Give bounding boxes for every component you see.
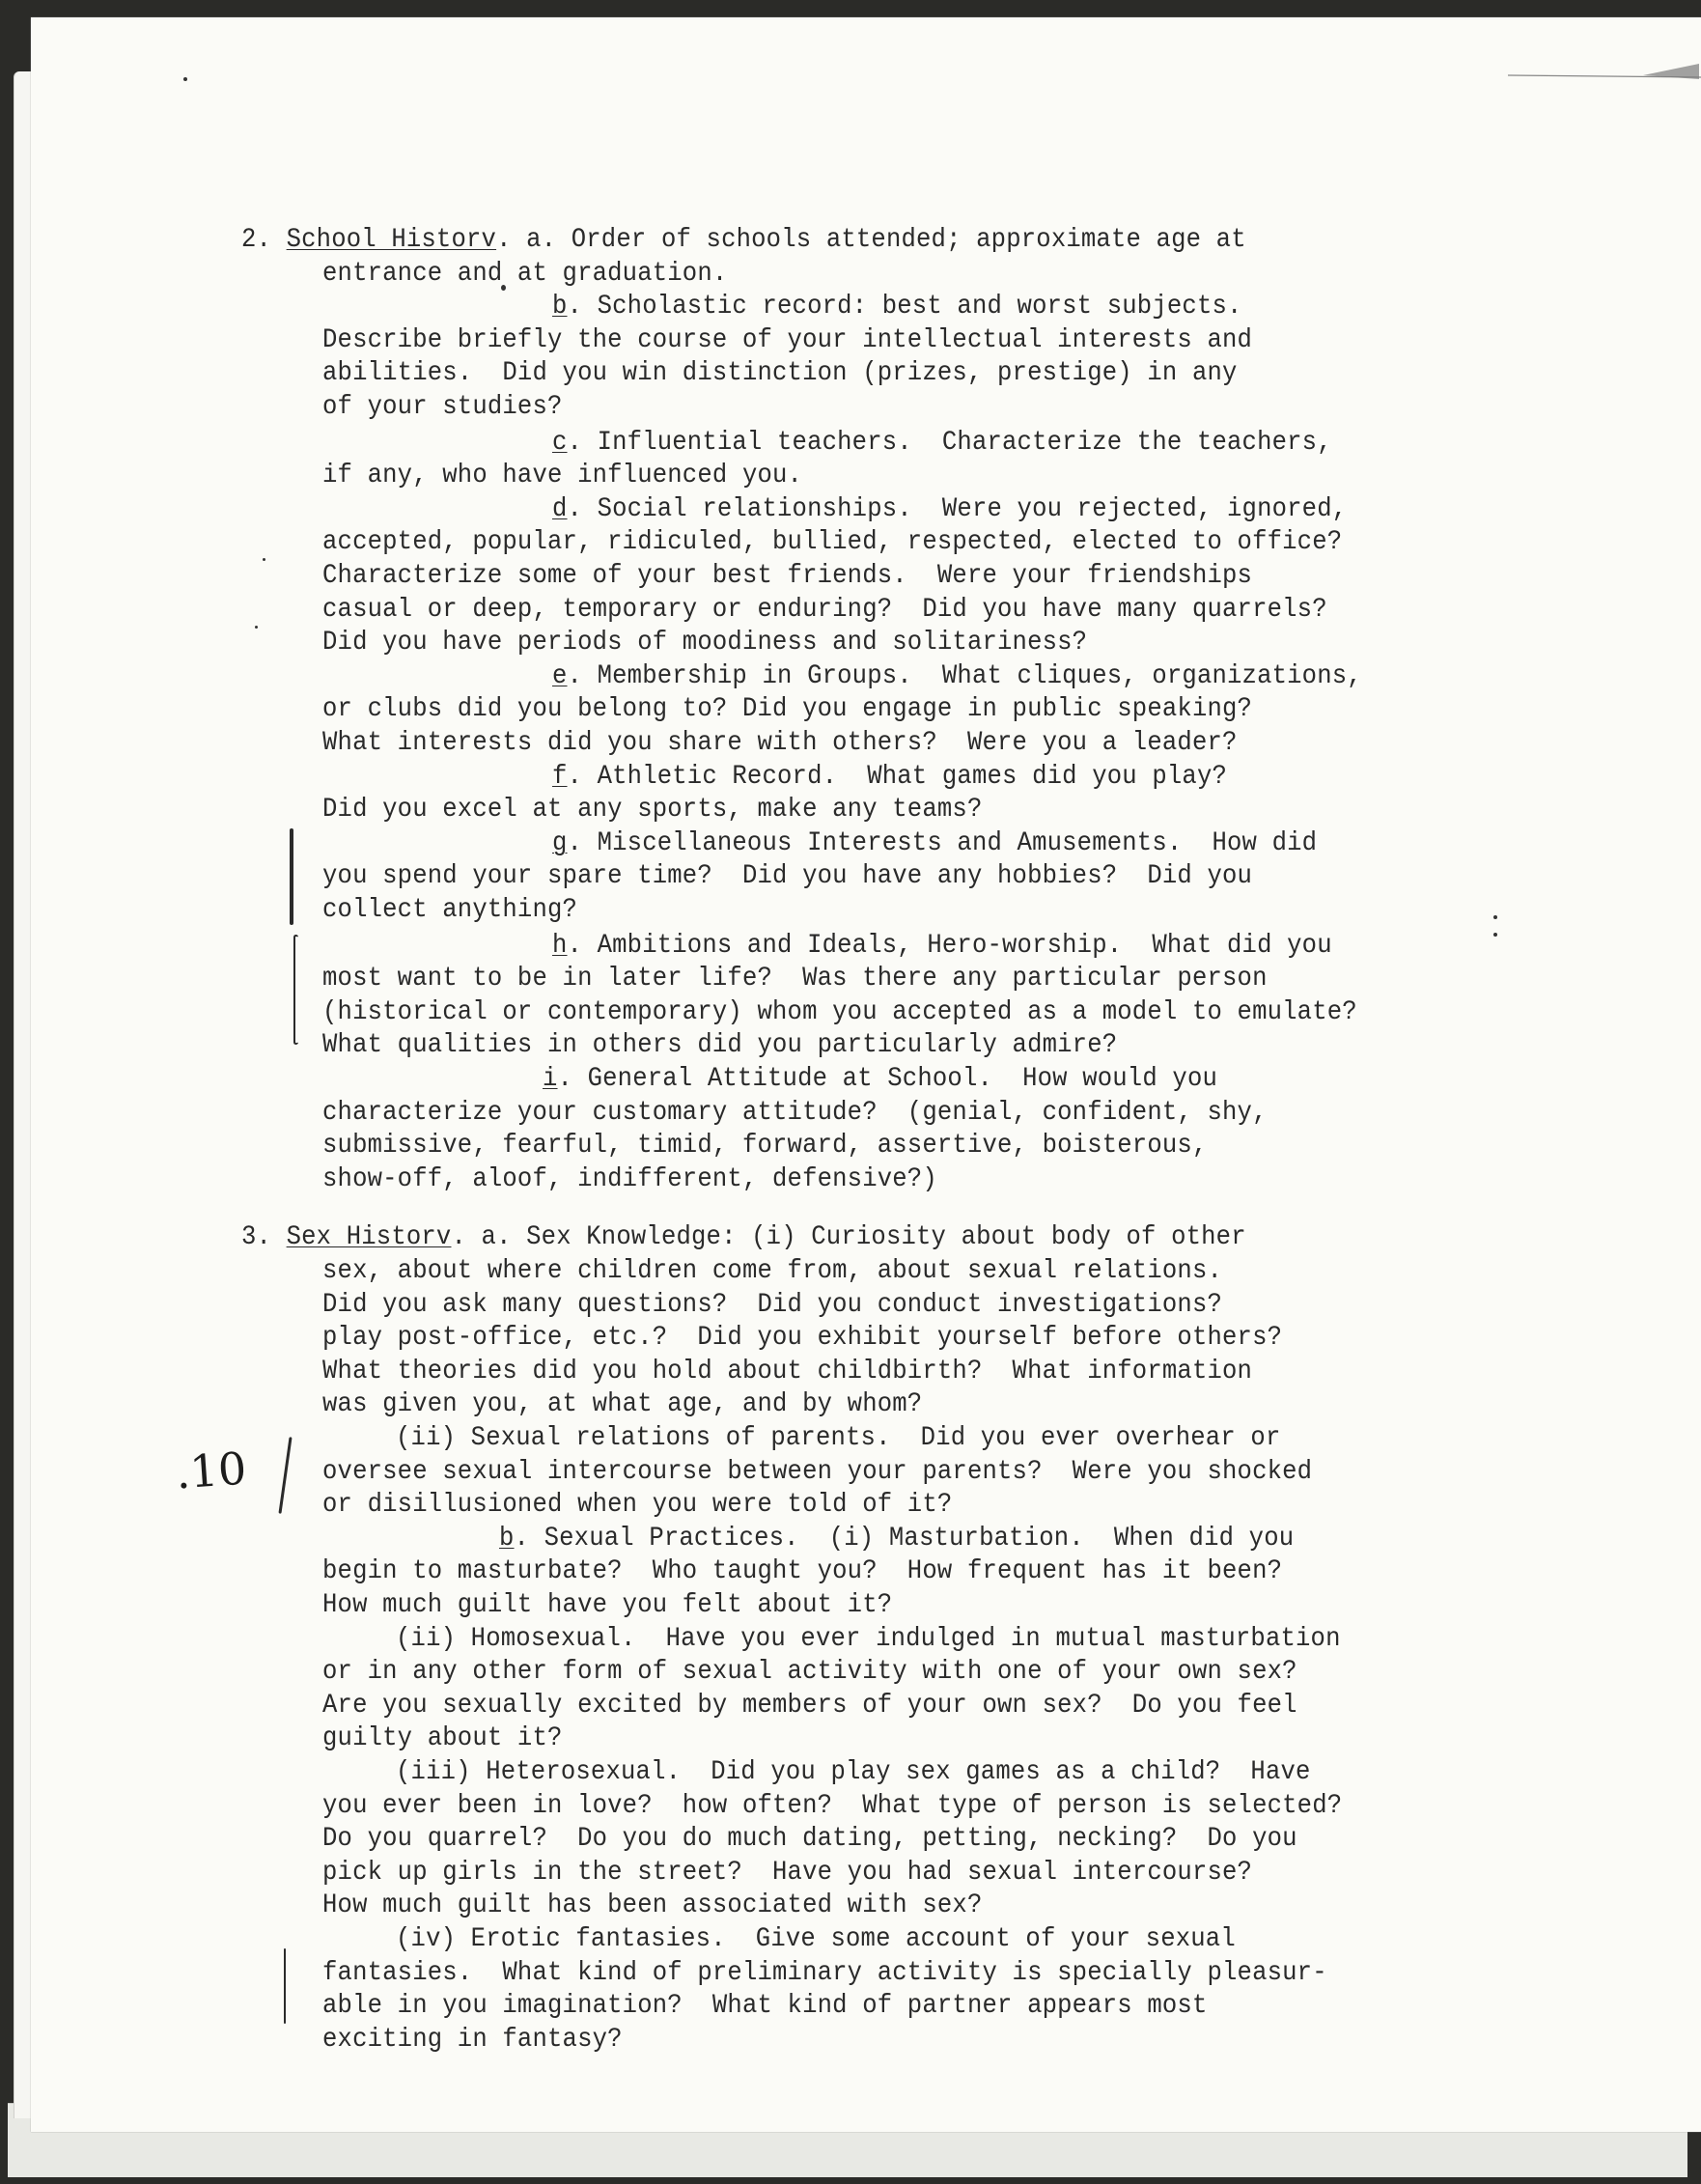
text-line: Describe briefly the course of your inte…: [322, 325, 1252, 355]
subsection-text: . Scholastic record: best and worst subj…: [568, 292, 1242, 322]
subsection-text: . Membership in Groups. What cliques, or…: [568, 661, 1362, 691]
section-heading-line: 3. Sex Historv. a. Sex Knowledge: (i) Cu…: [241, 1222, 1246, 1252]
text-line: guilty about it?: [322, 1723, 563, 1753]
text-line: (ii) Homosexual. Have you ever indulged …: [396, 1624, 1341, 1654]
text-line: characterize your customary attitude? (g…: [322, 1098, 1268, 1128]
text-line: How much guilt has been associated with …: [322, 1890, 982, 1920]
text-line: sex, about where children come from, abo…: [322, 1256, 1222, 1286]
text-line: you ever been in love? how often? What t…: [322, 1791, 1342, 1821]
scan-smudge: [1508, 56, 1701, 85]
text-line: How much guilt have you felt about it?: [322, 1590, 892, 1620]
subsection-text: . General Attitude at School. How would …: [558, 1064, 1217, 1094]
subsection-label: b: [552, 292, 568, 322]
text-line: Do you quarrel? Do you do much dating, p…: [322, 1824, 1297, 1854]
text-line: casual or deep, temporary or enduring? D…: [322, 595, 1327, 625]
text-line: begin to masturbate? Who taught you? How…: [322, 1556, 1282, 1586]
text-line: you spend your spare time? Did you have …: [322, 861, 1252, 891]
speck: [263, 558, 265, 561]
speck: [1493, 933, 1497, 937]
text-line: fantasies. What kind of preliminary acti…: [322, 1958, 1327, 1988]
text-line: of your studies?: [322, 392, 563, 422]
text-line: f. Athletic Record. What games did you p…: [552, 762, 1227, 792]
text-line: c. Influential teachers. Characterize th…: [552, 428, 1332, 458]
text-line: abilities. Did you win distinction (priz…: [322, 358, 1238, 388]
text-line: b. Scholastic record: best and worst sub…: [552, 292, 1242, 322]
subsection-label: i: [543, 1064, 558, 1094]
text-line: What theories did you hold about childbi…: [322, 1357, 1252, 1386]
text-line: play post-office, etc.? Did you exhibit …: [322, 1323, 1282, 1353]
margin-mark-g: [290, 828, 293, 925]
subsection-text: . Ambitions and Ideals, Hero-worship. Wh…: [568, 931, 1332, 961]
text-line: d. Social relationships. Were you reject…: [552, 494, 1347, 524]
text-line: entrance and at graduation.: [322, 259, 727, 289]
subsection-label: f: [552, 762, 568, 792]
text-line: or in any other form of sexual activity …: [322, 1657, 1297, 1687]
section-heading-rest: . a. Sex Knowledge: (i) Curiosity about …: [451, 1222, 1245, 1252]
subsection-text: . Social relationships. Were you rejecte…: [568, 494, 1348, 524]
text-line: accepted, popular, ridiculed, bullied, r…: [322, 527, 1342, 557]
text-line: oversee sexual intercourse between your …: [322, 1457, 1312, 1487]
subsection-text: . Sexual Practices. (i) Masturbation. Wh…: [515, 1524, 1295, 1554]
speck: [255, 626, 258, 629]
text-line: e. Membership in Groups. What cliques, o…: [552, 661, 1362, 691]
section-number: 3.: [241, 1222, 287, 1252]
text-line: or disillusioned when you were told of i…: [322, 1490, 952, 1520]
subsection-label: h: [552, 931, 568, 961]
text-line: if any, who have influenced you.: [322, 461, 802, 490]
text-line: or clubs did you belong to? Did you enga…: [322, 694, 1252, 724]
text-line: able in you imagination? What kind of pa…: [322, 1991, 1207, 2021]
subsection-label: g: [552, 828, 568, 858]
text-line: (iv) Erotic fantasies. Give some account…: [396, 1924, 1236, 1954]
text-line: Characterize some of your best friends. …: [322, 561, 1252, 591]
subsection-label: e: [552, 661, 568, 691]
text-line: collect anything?: [322, 895, 577, 925]
text-line: What qualities in others did you particu…: [322, 1030, 1117, 1060]
text-line: Did you have periods of moodiness and so…: [322, 628, 1087, 658]
subsection-label: c: [552, 428, 568, 458]
page-edge: [14, 71, 32, 2118]
subsection-label: b: [499, 1524, 515, 1554]
speck: [183, 77, 187, 81]
section-heading-rest: . a. Order of schools attended; approxim…: [496, 225, 1246, 255]
margin-mark-iv: [284, 1948, 286, 2024]
section-title: Sex Historv: [287, 1222, 452, 1252]
text-line: What interests did you share with others…: [322, 728, 1238, 758]
text-line: exciting in fantasy?: [322, 2025, 623, 2055]
text-line: g. Miscellaneous Interests and Amusement…: [552, 828, 1317, 858]
text-line: most want to be in later life? Was there…: [322, 964, 1268, 994]
speck: [1493, 915, 1497, 919]
text-line: Did you ask many questions? Did you cond…: [322, 1290, 1222, 1320]
subsection-label: d: [552, 494, 568, 524]
text-line: Are you sexually excited by members of y…: [322, 1691, 1297, 1721]
margin-mark-ii: [278, 1437, 292, 1514]
handwritten-margin-number: .10: [174, 1442, 248, 1499]
text-line: (iii) Heterosexual. Did you play sex gam…: [396, 1757, 1311, 1787]
section-title: School Historv: [287, 225, 496, 255]
subsection-text: . Athletic Record. What games did you pl…: [568, 762, 1227, 792]
text-line: submissive, fearful, timid, forward, ass…: [322, 1131, 1207, 1161]
document-page: .10 2. School Historv. a. Order of schoo…: [31, 17, 1701, 2132]
text-line: h. Ambitions and Ideals, Hero-worship. W…: [552, 931, 1332, 961]
text-line: (historical or contemporary) whom you ac…: [322, 997, 1357, 1027]
text-line: show-off, aloof, indifferent, defensive?…: [322, 1164, 937, 1194]
subsection-text: . Influential teachers. Characterize the…: [568, 428, 1332, 458]
subsection-text: . Miscellaneous Interests and Amusements…: [568, 828, 1318, 858]
text-line: b. Sexual Practices. (i) Masturbation. W…: [499, 1524, 1294, 1554]
text-line: pick up girls in the street? Have you ha…: [322, 1858, 1252, 1888]
text-line: i. General Attitude at School. How would…: [543, 1064, 1217, 1094]
text-line: Did you excel at any sports, make any te…: [322, 795, 982, 825]
section-heading-line: 2. School Historv. a. Order of schools a…: [241, 225, 1246, 255]
text-line: (ii) Sexual relations of parents. Did yo…: [396, 1423, 1280, 1453]
margin-bracket-h: [293, 935, 298, 1045]
section-number: 2.: [241, 225, 287, 255]
text-line: was given you, at what age, and by whom?: [322, 1389, 922, 1419]
